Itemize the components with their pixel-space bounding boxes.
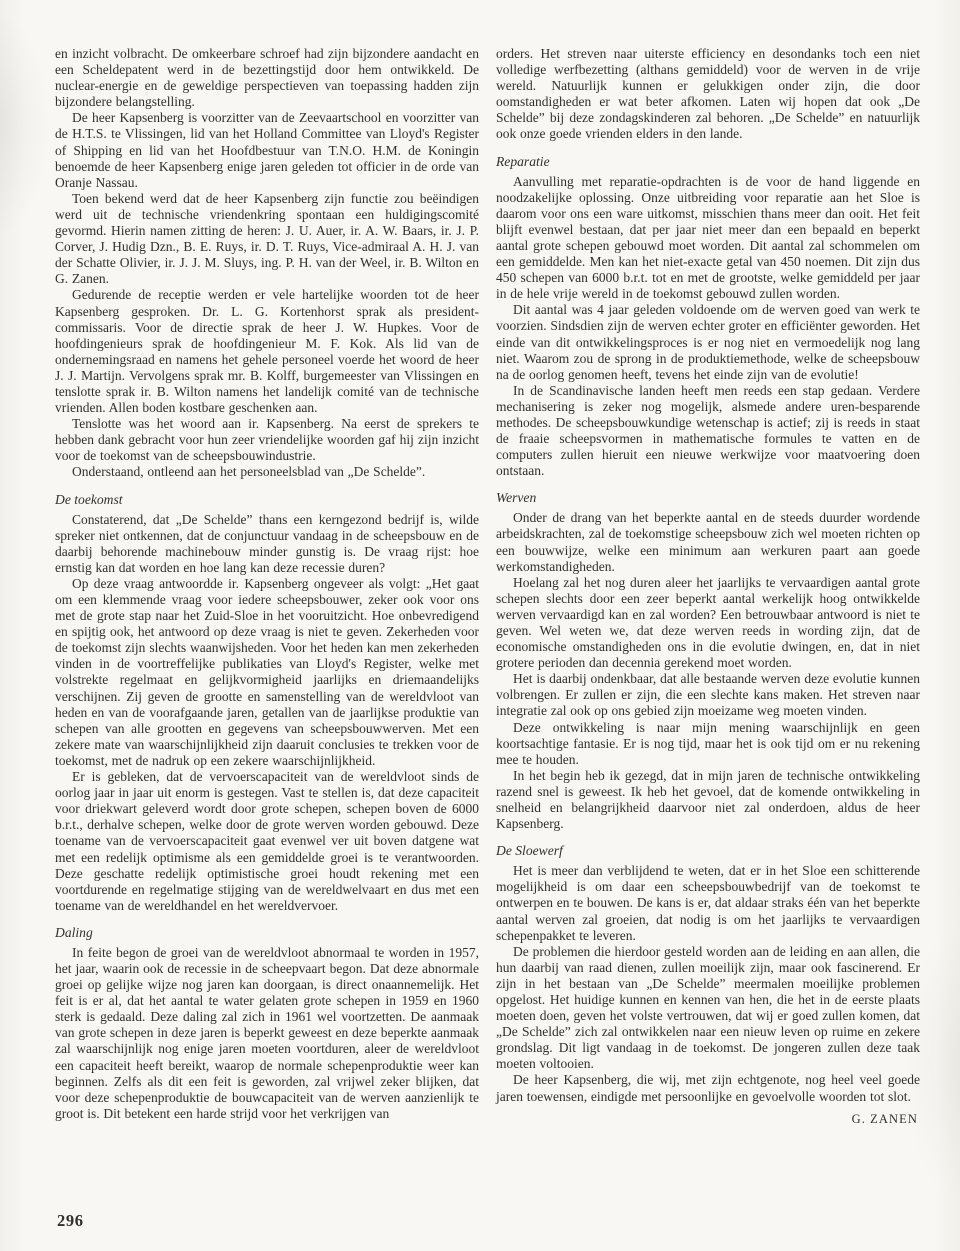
- paragraph: Constaterend, dat „De Schelde” thans een…: [55, 512, 479, 576]
- author-signature: G. ZANEN: [496, 1112, 918, 1127]
- paragraph: De heer Kapsenberg is voorzitter van de …: [55, 110, 479, 190]
- paragraph: en inzicht volbracht. De omkeerbare schr…: [55, 46, 479, 110]
- paragraph: Dit aantal was 4 jaar geleden voldoende …: [496, 302, 920, 382]
- paragraph: Gedurende de receptie werden er vele har…: [55, 287, 479, 416]
- paragraph: Hoelang zal het nog duren aleer het jaar…: [496, 575, 920, 672]
- section-heading-daling: Daling: [55, 925, 479, 941]
- section-heading-reparatie: Reparatie: [496, 154, 920, 170]
- magazine-page: en inzicht volbracht. De omkeerbare schr…: [0, 0, 960, 1251]
- paragraph: De problemen die hierdoor gesteld worden…: [496, 944, 920, 1073]
- paragraph: Het is meer dan verblijdend te weten, da…: [496, 863, 920, 943]
- paragraph: Toen bekend werd dat de heer Kapsenberg …: [55, 191, 479, 288]
- paragraph: Onder de drang van het beperkte aantal e…: [496, 510, 920, 574]
- section-heading-de-sloewerf: De Sloewerf: [496, 843, 920, 859]
- two-column-layout: en inzicht volbracht. De omkeerbare schr…: [0, 0, 960, 1127]
- paragraph: Er is gebleken, dat de vervoerscapacitei…: [55, 769, 479, 914]
- paragraph: orders. Het streven naar uiterste effici…: [496, 46, 920, 143]
- paragraph: Het is daarbij ondenkbaar, dat alle best…: [496, 671, 920, 719]
- paragraph: In het begin heb ik gezegd, dat in mijn …: [496, 768, 920, 832]
- page-number: 296: [57, 1211, 84, 1231]
- section-heading-de-toekomst: De toekomst: [55, 492, 479, 508]
- paragraph: In feite begon de groei van de wereldvlo…: [55, 945, 479, 1122]
- paragraph: Tenslotte was het woord aan ir. Kapsenbe…: [55, 416, 479, 464]
- paragraph: Onderstaand, ontleend aan het personeels…: [55, 464, 479, 480]
- paragraph: Aanvulling met reparatie-opdrachten is d…: [496, 174, 920, 303]
- paragraph: De heer Kapsenberg, die wij, met zijn ec…: [496, 1072, 920, 1104]
- right-column: orders. Het streven naar uiterste effici…: [496, 46, 920, 1127]
- left-column: en inzicht volbracht. De omkeerbare schr…: [55, 46, 479, 1127]
- paragraph: In de Scandinavische landen heeft men re…: [496, 383, 920, 480]
- paragraph: Op deze vraag antwoordde ir. Kapsenberg …: [55, 576, 479, 769]
- paragraph: Deze ontwikkeling is naar mijn mening wa…: [496, 720, 920, 768]
- section-heading-werven: Werven: [496, 490, 920, 506]
